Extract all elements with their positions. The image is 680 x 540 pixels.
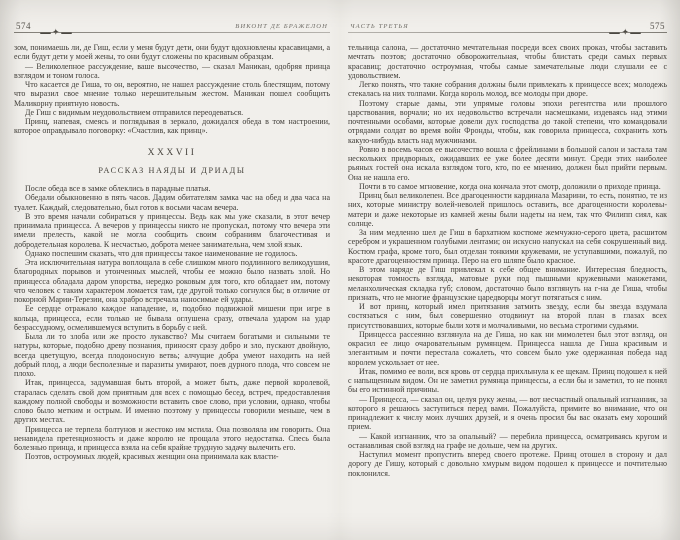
paragraph: Почти в то самое мгновение, когда она ко… xyxy=(348,182,667,191)
paragraph: И вот принц, который имел притязания зат… xyxy=(348,302,667,330)
page-header: 574 ✦ ВИКОНТ ДЕ БРАЖЕЛОН xyxy=(14,23,330,36)
page-header: ЧАСТЬ ТРЕТЬЯ ✦ 575 xyxy=(348,23,667,36)
paragraph: Эта исключительная натура воплощала в се… xyxy=(14,258,330,304)
running-head: ЧАСТЬ ТРЕТЬЯ xyxy=(350,23,409,30)
paragraph: Легко понять, что такие собрания должны … xyxy=(348,80,667,99)
chapter-title: РАССКАЗ НАЯДЫ И ДРИАДЫ xyxy=(14,166,330,175)
paragraph: Ровно в восемь часов ее высочество вошла… xyxy=(348,145,667,182)
page-body: зом, понимаешь ли, де Гиш, если у меня б… xyxy=(14,43,330,462)
running-head: ВИКОНТ ДЕ БРАЖЕЛОН xyxy=(235,23,328,30)
paragraph: — Какой изгнанник, что за опальный? — пе… xyxy=(348,432,667,451)
paragraph: В этом наряде де Гиш привлекал к себе об… xyxy=(348,265,667,302)
paragraph: Принцесса рассеянно взглянула на де Гиша… xyxy=(348,330,667,367)
paragraph: Итак, принцесса, задумавшая быть второй,… xyxy=(14,378,330,424)
page-number: 575 xyxy=(650,21,665,31)
header-rule xyxy=(14,32,330,33)
paragraph: тельница салона, — достаточно мечтательн… xyxy=(348,43,667,80)
paragraph: Де Гиш с видимым неудовольствием отправи… xyxy=(14,108,330,117)
paragraph: Поэтому старые дамы, эти упрямые головы … xyxy=(348,99,667,145)
header-rule xyxy=(348,32,667,33)
paragraph: После обеда все в замке облеклись в пара… xyxy=(14,184,330,193)
paragraph: Обедали обыкновенно в пять часов. Дадим … xyxy=(14,193,330,212)
paragraph: За ним медленно шел де Гиш в бархатном к… xyxy=(348,228,667,265)
paragraph: — Принцесса, — сказал он, целуя руку жен… xyxy=(348,395,667,432)
page-575: ЧАСТЬ ТРЕТЬЯ ✦ 575 тельница салона, — до… xyxy=(340,0,680,540)
paragraph: В это время начали собираться у принцесс… xyxy=(14,212,330,249)
paragraph: Итак, помимо ее воли, вся кровь от сердц… xyxy=(348,367,667,395)
paragraph: Поэтов, остроумных людей, красивых женщи… xyxy=(14,452,330,461)
paragraph: Однако поспешим сказать, что для принцес… xyxy=(14,249,330,258)
paragraph: Наступил момент пропустить вперед своего… xyxy=(348,450,667,478)
page-574: 574 ✦ ВИКОНТ ДЕ БРАЖЕЛОН зом, понимаешь … xyxy=(0,0,340,540)
paragraph: Была ли то злоба или же просто лукавство… xyxy=(14,332,330,378)
page-body: тельница салона, — достаточно мечтательн… xyxy=(348,43,667,478)
paragraph: Принц был великолепен. Все драгоценности… xyxy=(348,191,667,228)
paragraph: — Великолепное рассуждение, ваше высочес… xyxy=(14,62,330,81)
book-spread: 574 ✦ ВИКОНТ ДЕ БРАЖЕЛОН зом, понимаешь … xyxy=(0,0,680,540)
chapter-number: XXXVII xyxy=(14,149,330,158)
page-number: 574 xyxy=(16,21,31,31)
paragraph: Принцесса не терпела болтунов и жестоко … xyxy=(14,425,330,453)
paragraph: Ее сердце отражало каждое нападение, и, … xyxy=(14,304,330,332)
paragraph: зом, понимаешь ли, де Гиш, если у меня б… xyxy=(14,43,330,62)
paragraph: Принц, напевая, смеясь и поглядывая в зе… xyxy=(14,117,330,136)
paragraph: Что касается де Гиша, то он, вероятно, н… xyxy=(14,80,330,108)
